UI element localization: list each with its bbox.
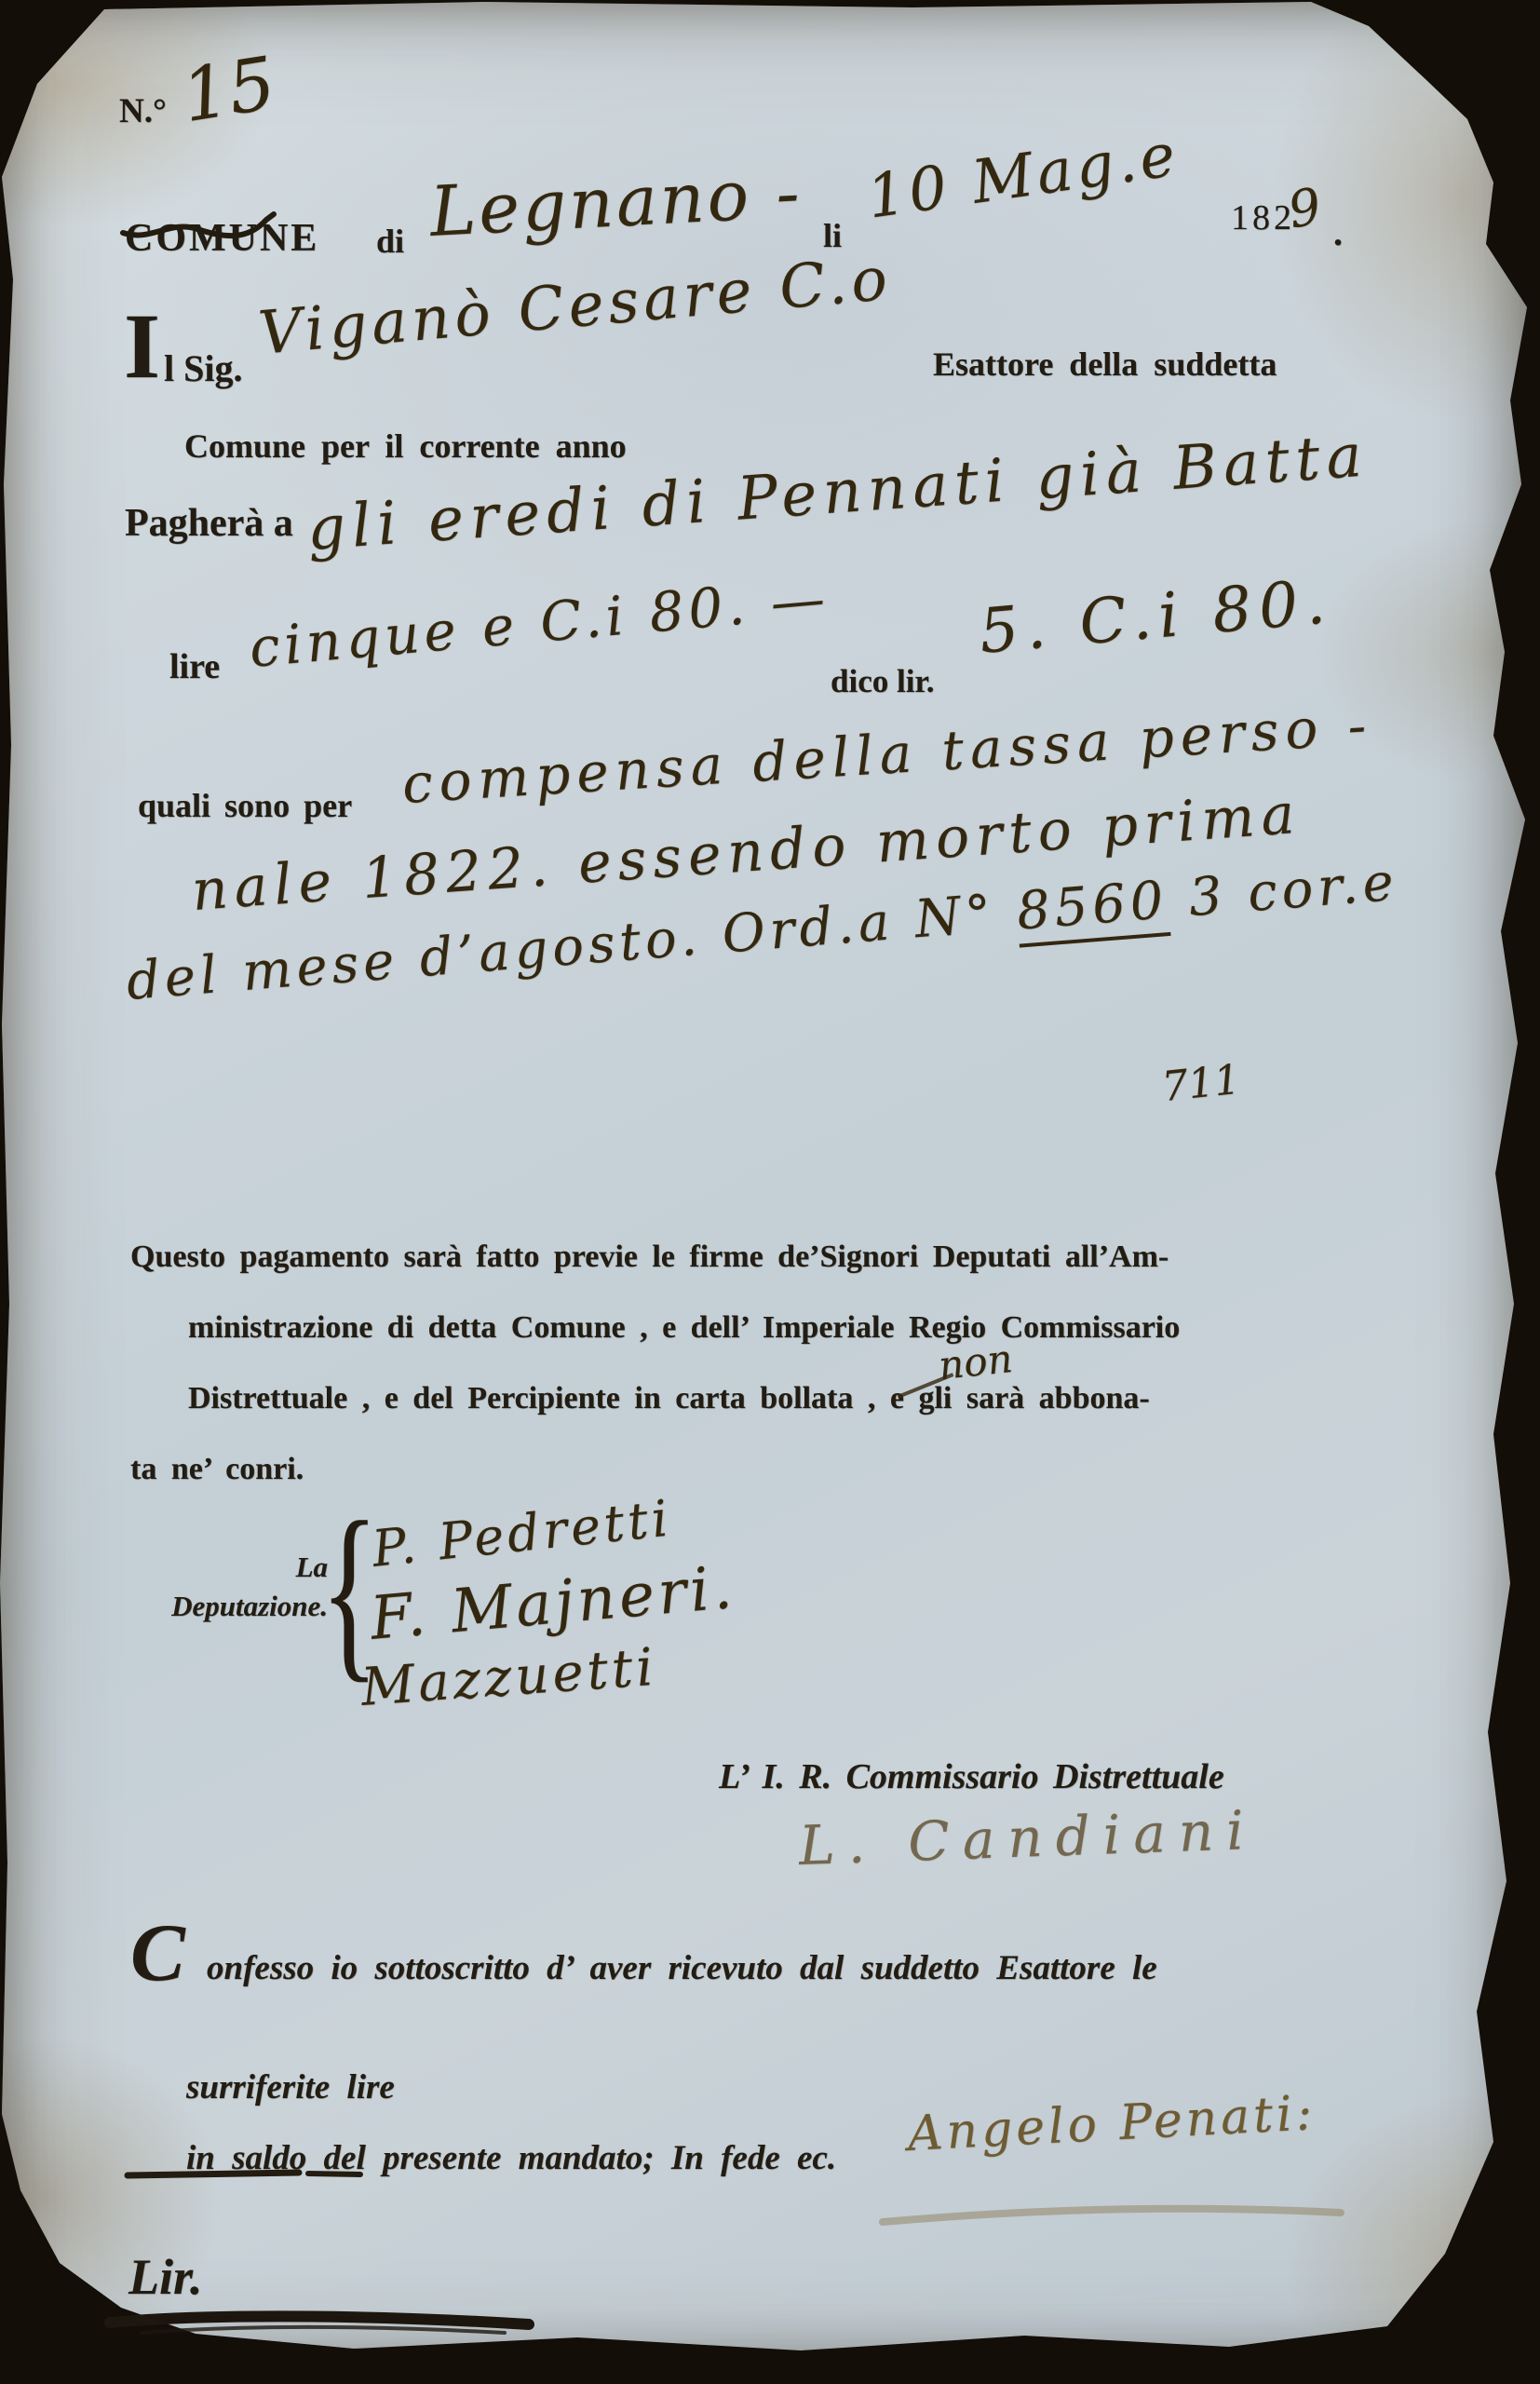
comune-di-label: di [376, 222, 404, 261]
comune-anno-line: Comune per il corrente anno [184, 427, 627, 466]
quali-label: quali sono per [138, 786, 352, 825]
clause-paragraph: Questo pagamento sarà fatto previe le fi… [130, 1222, 1180, 1505]
document-number-value: 15 [177, 42, 281, 139]
clause-line3a: Distrettuale , e del Percipiente in cart… [188, 1381, 746, 1415]
clause-insert-non-handwritten: non [937, 1335, 1015, 1388]
clause-line3: Distrettuale , e del Percipiente in cart… [188, 1363, 1180, 1434]
photo-background: N.° 15 COMUNE di Legnano - li 10 Mag.e 1… [0, 0, 1540, 2384]
lire-label: lire [169, 646, 220, 687]
receipt-line1: onfesso io sottoscritto d’ aver ricevuto… [207, 1948, 1157, 1988]
il-sig-label: l Sig. [164, 346, 242, 390]
document-number-label: N.° [119, 91, 167, 131]
lir-label: Lir. [128, 2248, 203, 2306]
deputation-label: La Deputazione. [112, 1548, 328, 1626]
clause-line2: ministrazione di detta Comune , e dell’ … [188, 1293, 1180, 1363]
deputation-label-line1: La [112, 1548, 328, 1587]
il-dropcap: I [124, 300, 160, 393]
dico-lir-label: dico lir. [831, 663, 935, 700]
paghera-label: Pagherà a [125, 501, 293, 546]
confesso-dropcap: C [130, 1913, 185, 1995]
deputation-label-line2: Deputazione. [112, 1587, 328, 1626]
year-period: . [1333, 210, 1343, 254]
clause-line1: Questo pagamento sarà fatto previe le fi… [130, 1222, 1180, 1293]
comune-label: COMUNE [125, 216, 319, 261]
reason-line4-handwritten: 711 [1160, 1056, 1243, 1111]
receipt-line2: surriferite lire [186, 2067, 395, 2107]
esattore-line: Esattore della suddetta [933, 345, 1277, 384]
receipt-signature-flourish [875, 2200, 1350, 2231]
footer-rule [126, 2166, 461, 2183]
year-printed: 182 [1231, 197, 1295, 238]
commissario-title: L’ I. R. Commissario Distrettuale [719, 1756, 1224, 1797]
lir-underline [104, 2308, 542, 2339]
reason-order-number: 8560 [1015, 870, 1171, 948]
